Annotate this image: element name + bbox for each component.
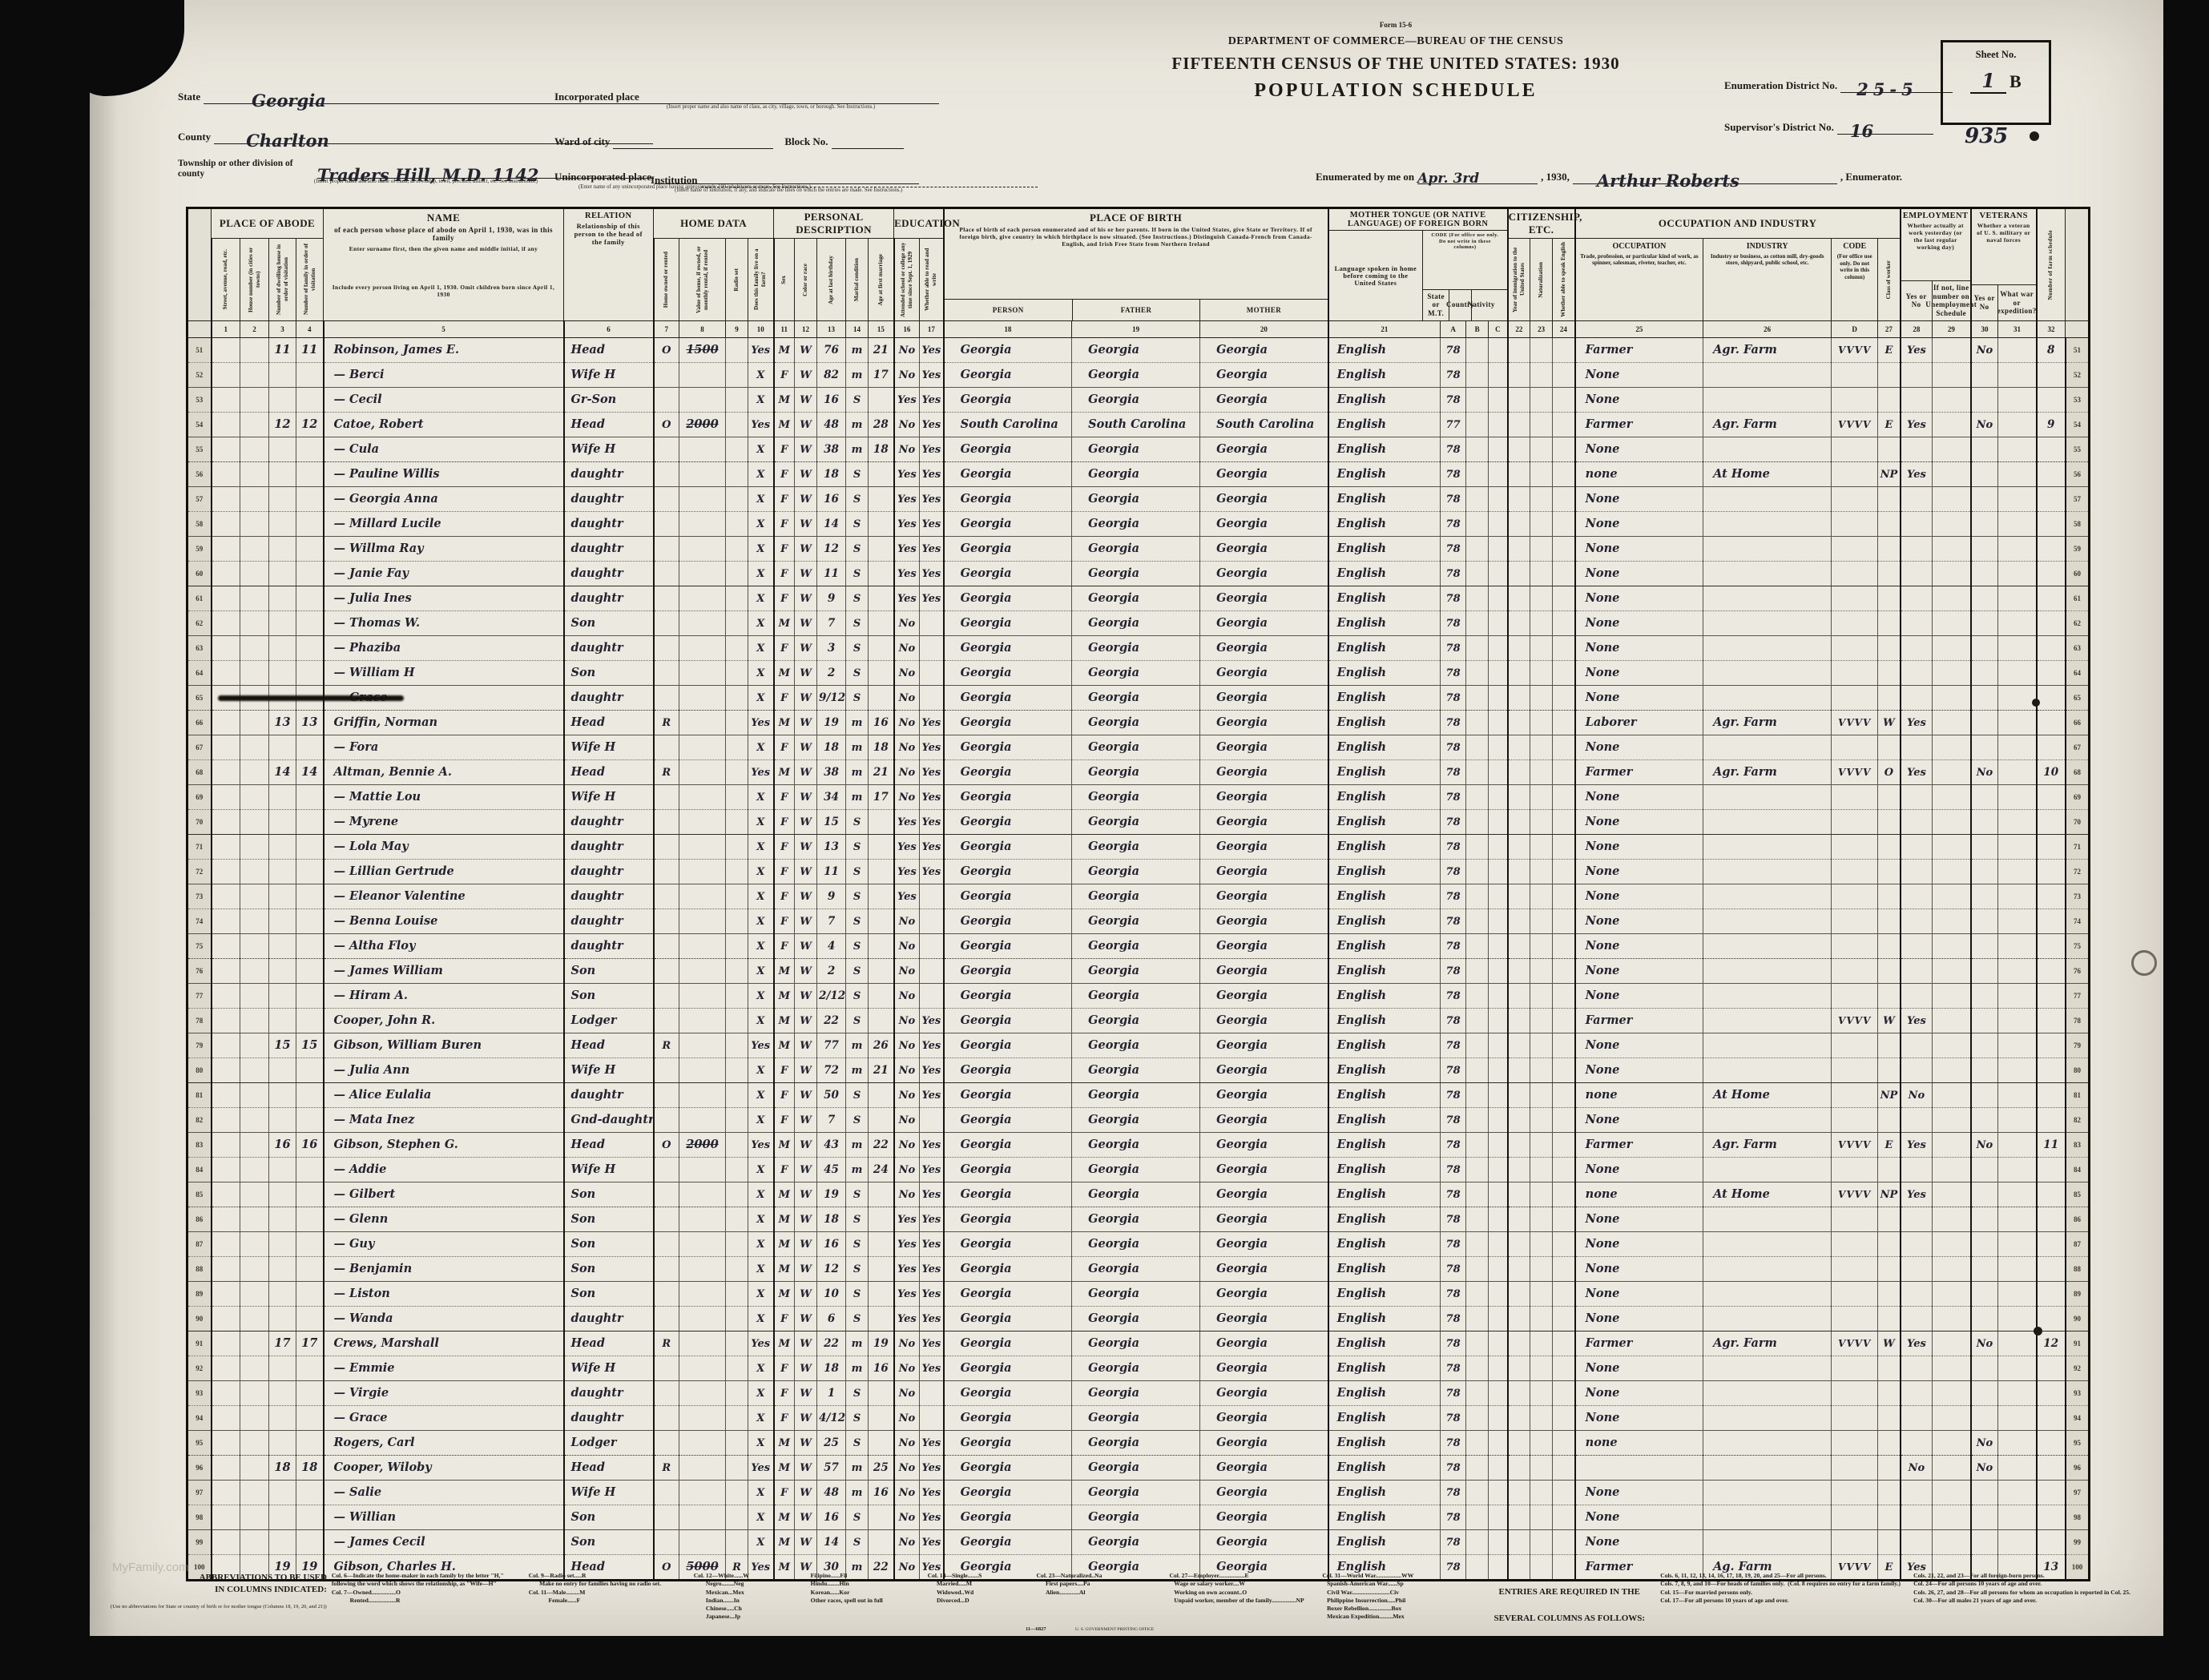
cell-97-owned xyxy=(654,1481,679,1505)
cell-79-marital: m xyxy=(846,1033,869,1058)
cell-93-dwelling xyxy=(269,1381,296,1406)
cell-64-sex: M xyxy=(774,661,795,686)
cell-83-industry: Agr. Farm xyxy=(1703,1133,1832,1158)
cell-54-vet: No xyxy=(1971,413,1998,437)
cell-73-radio xyxy=(726,884,748,909)
cell-74-industry xyxy=(1703,909,1832,934)
line-number-left: 71 xyxy=(187,835,212,860)
cell-74-read xyxy=(920,909,944,934)
cell-74-occupation: None xyxy=(1575,909,1703,934)
column-number-A: A xyxy=(1441,321,1466,338)
cell-83-imm xyxy=(1508,1133,1530,1158)
cell-60-language: English xyxy=(1328,562,1441,586)
cell-91-farm: Yes xyxy=(748,1332,774,1356)
cell-68-marital: m xyxy=(846,760,869,785)
cell-62-color: W xyxy=(795,611,817,636)
cell-63-vet xyxy=(1971,636,1998,661)
cell-71-english xyxy=(1553,835,1575,860)
ed-label: Enumeration District No. xyxy=(1724,79,1837,91)
cell-99-marital: S xyxy=(846,1530,869,1555)
cell-60-codeC xyxy=(1489,562,1508,586)
cell-57-relation: daughtr xyxy=(564,487,654,512)
cell-62-house xyxy=(240,611,269,636)
cell-78-radio xyxy=(726,1009,748,1033)
cell-59-language: English xyxy=(1328,537,1441,562)
cell-53-age_marr xyxy=(869,388,894,413)
cell-66-industry: Agr. Farm xyxy=(1703,711,1832,735)
cell-59-dwelling xyxy=(269,537,296,562)
cell-84-marital: m xyxy=(846,1158,869,1182)
cell-53-war xyxy=(1998,388,2037,413)
cell-52-color: W xyxy=(795,363,817,388)
cell-91-bp_mother: Georgia xyxy=(1200,1332,1328,1356)
cell-93-radio xyxy=(726,1381,748,1406)
cell-94-farm_sched xyxy=(2037,1406,2066,1431)
cell-56-codeC xyxy=(1489,462,1508,487)
cell-75-name: — Altha Floy xyxy=(324,934,564,959)
cell-60-emp xyxy=(1901,562,1933,586)
cell-97-bp_father: Georgia xyxy=(1072,1481,1200,1505)
cell-63-nat xyxy=(1530,636,1553,661)
cell-70-family xyxy=(296,810,324,835)
cell-61-school: Yes xyxy=(894,586,920,611)
census-row-78: 78Cooper, John R.LodgerXMW22SNoYesGeorgi… xyxy=(187,1009,2090,1033)
cell-62-codeA: 78 xyxy=(1441,611,1466,636)
cell-64-dwelling xyxy=(269,661,296,686)
cell-72-industry xyxy=(1703,860,1832,884)
cell-51-cls: E xyxy=(1878,338,1901,363)
cell-52-nat xyxy=(1530,363,1553,388)
cell-79-family: 15 xyxy=(296,1033,324,1058)
cell-85-family xyxy=(296,1182,324,1207)
cell-89-color: W xyxy=(795,1282,817,1307)
cell-95-read: Yes xyxy=(920,1431,944,1456)
column-number-5: 5 xyxy=(324,321,564,338)
cell-94-vet xyxy=(1971,1406,1998,1431)
cell-90-name: — Wanda xyxy=(324,1307,564,1332)
cell-89-codeD xyxy=(1832,1282,1878,1307)
cell-53-vet xyxy=(1971,388,1998,413)
cell-58-street xyxy=(212,512,240,537)
cell-97-codeB xyxy=(1466,1481,1489,1505)
cell-67-war xyxy=(1998,735,2037,760)
cell-70-age_marr xyxy=(869,810,894,835)
cell-78-war xyxy=(1998,1009,2037,1033)
line-number-right: 94 xyxy=(2066,1406,2090,1431)
cell-87-occupation: None xyxy=(1575,1232,1703,1257)
cell-70-dwelling xyxy=(269,810,296,835)
cell-96-owned: R xyxy=(654,1456,679,1481)
cell-62-english xyxy=(1553,611,1575,636)
cell-58-bp_mother: Georgia xyxy=(1200,512,1328,537)
cell-74-english xyxy=(1553,909,1575,934)
census-row-85: 85— GilbertSonXMW19SNoYesGeorgiaGeorgiaG… xyxy=(187,1182,2090,1207)
cell-96-occupation xyxy=(1575,1456,1703,1481)
cell-81-occupation: none xyxy=(1575,1083,1703,1108)
cell-54-owned: O xyxy=(654,413,679,437)
cell-85-language: English xyxy=(1328,1182,1441,1207)
cell-74-marital: S xyxy=(846,909,869,934)
cell-99-age: 14 xyxy=(817,1530,846,1555)
cell-73-codeB xyxy=(1466,884,1489,909)
cell-93-name: — Virgie xyxy=(324,1381,564,1406)
cell-82-age_marr xyxy=(869,1108,894,1133)
line-number-right: 67 xyxy=(2066,735,2090,760)
cell-90-vet xyxy=(1971,1307,1998,1332)
cell-99-farm: X xyxy=(748,1530,774,1555)
cell-96-vet: No xyxy=(1971,1456,1998,1481)
cell-64-owned xyxy=(654,661,679,686)
cell-57-street xyxy=(212,487,240,512)
cell-54-emp_line xyxy=(1933,413,1971,437)
cell-88-radio xyxy=(726,1257,748,1282)
cell-56-farm: X xyxy=(748,462,774,487)
census-row-91: 911717Crews, MarshallHeadRYesMW22m19NoYe… xyxy=(187,1332,2090,1356)
cell-55-relation: Wife H xyxy=(564,437,654,462)
cell-91-occupation: Farmer xyxy=(1575,1332,1703,1356)
cell-98-language: English xyxy=(1328,1505,1441,1530)
census-row-77: 77— Hiram A.SonXMW2/12SNoGeorgiaGeorgiaG… xyxy=(187,984,2090,1009)
cell-94-street xyxy=(212,1406,240,1431)
cell-84-bp_person: Georgia xyxy=(944,1158,1072,1182)
cell-71-emp xyxy=(1901,835,1933,860)
cell-69-relation: Wife H xyxy=(564,785,654,810)
cell-64-age: 2 xyxy=(817,661,846,686)
cell-75-language: English xyxy=(1328,934,1441,959)
cell-60-street xyxy=(212,562,240,586)
line-number-right: 71 xyxy=(2066,835,2090,860)
cell-78-codeD: VVVV xyxy=(1832,1009,1878,1033)
cell-74-bp_mother: Georgia xyxy=(1200,909,1328,934)
cell-67-nat xyxy=(1530,735,1553,760)
cell-83-occupation: Farmer xyxy=(1575,1133,1703,1158)
cell-80-house xyxy=(240,1058,269,1083)
column-number-31: 31 xyxy=(1998,321,2037,338)
line-number-right: 54 xyxy=(2066,413,2090,437)
cell-78-bp_father: Georgia xyxy=(1072,1009,1200,1033)
cell-76-age: 2 xyxy=(817,959,846,984)
cell-86-emp_line xyxy=(1933,1207,1971,1232)
cell-84-relation: Wife H xyxy=(564,1158,654,1182)
line-number-left: 74 xyxy=(187,909,212,934)
cell-61-age_marr xyxy=(869,586,894,611)
line-number-left: 80 xyxy=(187,1058,212,1083)
column-number-12: 12 xyxy=(795,321,817,338)
cell-81-age_marr xyxy=(869,1083,894,1108)
cell-69-age_marr: 17 xyxy=(869,785,894,810)
census-row-79: 791515Gibson, William BurenHeadRYesMW77m… xyxy=(187,1033,2090,1058)
cell-61-value xyxy=(679,586,726,611)
cell-66-emp_line xyxy=(1933,711,1971,735)
cell-80-sex: F xyxy=(774,1058,795,1083)
cell-69-dwelling xyxy=(269,785,296,810)
cell-72-emp_line xyxy=(1933,860,1971,884)
cell-76-age_marr xyxy=(869,959,894,984)
cell-60-bp_mother: Georgia xyxy=(1200,562,1328,586)
line-number-left: 90 xyxy=(187,1307,212,1332)
cell-98-radio xyxy=(726,1505,748,1530)
cell-85-nat xyxy=(1530,1182,1553,1207)
cell-93-occupation: None xyxy=(1575,1381,1703,1406)
cell-53-bp_mother: Georgia xyxy=(1200,388,1328,413)
incorporated-field: Incorporated place (Insert proper name a… xyxy=(554,90,939,110)
cell-83-radio xyxy=(726,1133,748,1158)
cell-94-war xyxy=(1998,1406,2037,1431)
census-row-57: 57— Georgia AnnadaughtrXFW16SYesYesGeorg… xyxy=(187,487,2090,512)
cell-51-industry: Agr. Farm xyxy=(1703,338,1832,363)
cell-69-name: — Mattie Lou xyxy=(324,785,564,810)
cell-77-vet xyxy=(1971,984,1998,1009)
cell-72-bp_father: Georgia xyxy=(1072,860,1200,884)
cell-74-codeC xyxy=(1489,909,1508,934)
column-number-18: 18 xyxy=(944,321,1072,338)
cell-62-age: 7 xyxy=(817,611,846,636)
cell-80-imm xyxy=(1508,1058,1530,1083)
cell-96-codeB xyxy=(1466,1456,1489,1481)
cell-79-age: 77 xyxy=(817,1033,846,1058)
cell-83-sex: M xyxy=(774,1133,795,1158)
cell-55-color: W xyxy=(795,437,817,462)
cell-57-radio xyxy=(726,487,748,512)
cell-91-school: No xyxy=(894,1332,920,1356)
cell-64-age_marr xyxy=(869,661,894,686)
cell-90-farm: X xyxy=(748,1307,774,1332)
cell-63-industry xyxy=(1703,636,1832,661)
cell-72-emp xyxy=(1901,860,1933,884)
cell-54-nat xyxy=(1530,413,1553,437)
cell-58-vet xyxy=(1971,512,1998,537)
cell-78-street xyxy=(212,1009,240,1033)
cell-71-owned xyxy=(654,835,679,860)
cell-96-industry xyxy=(1703,1456,1832,1481)
cell-55-cls xyxy=(1878,437,1901,462)
cell-89-value xyxy=(679,1282,726,1307)
cell-83-war xyxy=(1998,1133,2037,1158)
cell-87-house xyxy=(240,1232,269,1257)
cell-59-codeB xyxy=(1466,537,1489,562)
cell-53-codeC xyxy=(1489,388,1508,413)
line-number-right: 93 xyxy=(2066,1381,2090,1406)
cell-82-read xyxy=(920,1108,944,1133)
group-home-data: HOME DATA xyxy=(654,208,774,239)
census-row-88: 88— BenjaminSonXMW12SYesYesGeorgiaGeorgi… xyxy=(187,1257,2090,1282)
cell-73-value xyxy=(679,884,726,909)
footer-block: ABBREVIATIONS TO BE USEDIN COLUMNS INDIC… xyxy=(111,1572,327,1625)
cell-54-color: W xyxy=(795,413,817,437)
cell-78-bp_mother: Georgia xyxy=(1200,1009,1328,1033)
cell-53-language: English xyxy=(1328,388,1441,413)
cell-53-codeB xyxy=(1466,388,1489,413)
cell-64-value xyxy=(679,661,726,686)
column-name-header: NAMEof each person whose place of abode … xyxy=(324,208,564,321)
cell-65-emp xyxy=(1901,686,1933,711)
cell-66-family: 13 xyxy=(296,711,324,735)
cell-71-age: 13 xyxy=(817,835,846,860)
cell-93-bp_person: Georgia xyxy=(944,1381,1072,1406)
cell-80-bp_mother: Georgia xyxy=(1200,1058,1328,1083)
cell-59-radio xyxy=(726,537,748,562)
cell-91-sex: M xyxy=(774,1332,795,1356)
cell-80-relation: Wife H xyxy=(564,1058,654,1083)
cell-57-war xyxy=(1998,487,2037,512)
cell-97-dwelling xyxy=(269,1481,296,1505)
cell-89-emp_line xyxy=(1933,1282,1971,1307)
cell-87-color: W xyxy=(795,1232,817,1257)
cell-65-color: W xyxy=(795,686,817,711)
cell-56-age: 18 xyxy=(817,462,846,487)
cell-90-school: Yes xyxy=(894,1307,920,1332)
cell-59-sex: F xyxy=(774,537,795,562)
cell-65-english xyxy=(1553,686,1575,711)
cell-55-owned xyxy=(654,437,679,462)
cell-95-codeB xyxy=(1466,1431,1489,1456)
cell-92-street xyxy=(212,1356,240,1381)
cell-78-cls: W xyxy=(1878,1009,1901,1033)
cell-78-dwelling xyxy=(269,1009,296,1033)
cell-70-age: 15 xyxy=(817,810,846,835)
cell-79-codeB xyxy=(1466,1033,1489,1058)
cell-98-occupation: None xyxy=(1575,1505,1703,1530)
cell-96-school: No xyxy=(894,1456,920,1481)
cell-65-value xyxy=(679,686,726,711)
cell-71-house xyxy=(240,835,269,860)
cell-73-cls xyxy=(1878,884,1901,909)
cell-91-nat xyxy=(1530,1332,1553,1356)
group-place-of-birth: PLACE OF BIRTHPlace of birth of each per… xyxy=(944,208,1328,321)
column-sex-header: Sex xyxy=(774,239,795,321)
cell-64-street xyxy=(212,661,240,686)
supervisor-district-field: Supervisor's District No. 16 xyxy=(1724,120,1933,135)
cell-98-nat xyxy=(1530,1505,1553,1530)
cell-72-house xyxy=(240,860,269,884)
cell-51-marital: m xyxy=(846,338,869,363)
census-row-87: 87— GuySonXMW16SYesYesGeorgiaGeorgiaGeor… xyxy=(187,1232,2090,1257)
cell-54-bp_mother: South Carolina xyxy=(1200,413,1328,437)
cell-85-bp_mother: Georgia xyxy=(1200,1182,1328,1207)
cell-66-read: Yes xyxy=(920,711,944,735)
column-family-number-header: Number of family in order of visitation xyxy=(296,239,324,321)
cell-60-codeA: 78 xyxy=(1441,562,1466,586)
cell-82-farm_sched xyxy=(2037,1108,2066,1133)
cell-55-bp_mother: Georgia xyxy=(1200,437,1328,462)
cell-68-value xyxy=(679,760,726,785)
cell-93-english xyxy=(1553,1381,1575,1406)
cell-52-marital: m xyxy=(846,363,869,388)
cell-98-cls xyxy=(1878,1505,1901,1530)
cell-89-nat xyxy=(1530,1282,1553,1307)
footer-block: Cols. 21, 22, and 23—For all foreign-bor… xyxy=(1913,1572,2146,1625)
cell-66-english xyxy=(1553,711,1575,735)
footer-block: Col. 6—Indicate the home-maker in each f… xyxy=(332,1572,524,1625)
line-number-right: 85 xyxy=(2066,1182,2090,1207)
cell-98-farm: X xyxy=(748,1505,774,1530)
cell-57-imm xyxy=(1508,487,1530,512)
cell-67-age_marr: 18 xyxy=(869,735,894,760)
cell-75-emp xyxy=(1901,934,1933,959)
cell-96-codeD xyxy=(1832,1456,1878,1481)
cell-86-radio xyxy=(726,1207,748,1232)
schedule-title: POPULATION SCHEDULE xyxy=(1035,80,1756,102)
cell-64-codeC xyxy=(1489,661,1508,686)
scan-border-right xyxy=(2163,0,2209,1680)
cell-85-house xyxy=(240,1182,269,1207)
cell-96-farm_sched xyxy=(2037,1456,2066,1481)
cell-76-bp_person: Georgia xyxy=(944,959,1072,984)
cell-51-occupation: Farmer xyxy=(1575,338,1703,363)
cell-62-codeB xyxy=(1466,611,1489,636)
cell-97-cls xyxy=(1878,1481,1901,1505)
cell-67-industry xyxy=(1703,735,1832,760)
cell-95-farm: X xyxy=(748,1431,774,1456)
cell-84-value xyxy=(679,1158,726,1182)
cell-64-name: — William H xyxy=(324,661,564,686)
cell-86-farm_sched xyxy=(2037,1207,2066,1232)
cell-90-owned xyxy=(654,1307,679,1332)
cell-89-age_marr xyxy=(869,1282,894,1307)
cell-58-codeB xyxy=(1466,512,1489,537)
cell-93-owned xyxy=(654,1381,679,1406)
cell-84-imm xyxy=(1508,1158,1530,1182)
column-street-header: Street, avenue, road, etc. xyxy=(212,239,240,321)
cell-73-owned xyxy=(654,884,679,909)
census-row-69: 69— Mattie LouWife HXFW34m17NoYesGeorgia… xyxy=(187,785,2090,810)
punch-hole xyxy=(2032,699,2040,707)
cell-98-industry xyxy=(1703,1505,1832,1530)
cell-74-dwelling xyxy=(269,909,296,934)
punch-hole xyxy=(2034,1327,2042,1336)
cell-87-industry xyxy=(1703,1232,1832,1257)
cell-74-emp xyxy=(1901,909,1933,934)
cell-95-dwelling xyxy=(269,1431,296,1456)
census-row-73: 73— Eleanor ValentinedaughtrXFW9SYesGeor… xyxy=(187,884,2090,909)
cell-64-language: English xyxy=(1328,661,1441,686)
cell-76-language: English xyxy=(1328,959,1441,984)
cell-73-bp_father: Georgia xyxy=(1072,884,1200,909)
cell-94-cls xyxy=(1878,1406,1901,1431)
cell-97-house xyxy=(240,1481,269,1505)
cell-58-emp_line xyxy=(1933,512,1971,537)
cell-84-vet xyxy=(1971,1158,1998,1182)
cell-53-family xyxy=(296,388,324,413)
cell-96-english xyxy=(1553,1456,1575,1481)
cell-94-codeB xyxy=(1466,1406,1489,1431)
cell-59-family xyxy=(296,537,324,562)
line-number-right: 64 xyxy=(2066,661,2090,686)
cell-95-language: English xyxy=(1328,1431,1441,1456)
cell-82-codeB xyxy=(1466,1108,1489,1133)
cell-90-war xyxy=(1998,1307,2037,1332)
line-number-left: 96 xyxy=(187,1456,212,1481)
cell-84-codeD xyxy=(1832,1158,1878,1182)
column-number-28: 28 xyxy=(1901,321,1933,338)
number-row-blank-right xyxy=(2066,321,2090,338)
cell-57-family xyxy=(296,487,324,512)
column-number-8: 8 xyxy=(679,321,726,338)
line-number-right: 60 xyxy=(2066,562,2090,586)
cell-92-bp_mother: Georgia xyxy=(1200,1356,1328,1381)
cell-61-street xyxy=(212,586,240,611)
cell-74-emp_line xyxy=(1933,909,1971,934)
cell-82-house xyxy=(240,1108,269,1133)
cell-97-farm: X xyxy=(748,1481,774,1505)
cell-86-marital: S xyxy=(846,1207,869,1232)
cell-85-age_marr xyxy=(869,1182,894,1207)
cell-75-street xyxy=(212,934,240,959)
cell-55-war xyxy=(1998,437,2037,462)
cell-69-radio xyxy=(726,785,748,810)
cell-71-war xyxy=(1998,835,2037,860)
cell-56-nat xyxy=(1530,462,1553,487)
